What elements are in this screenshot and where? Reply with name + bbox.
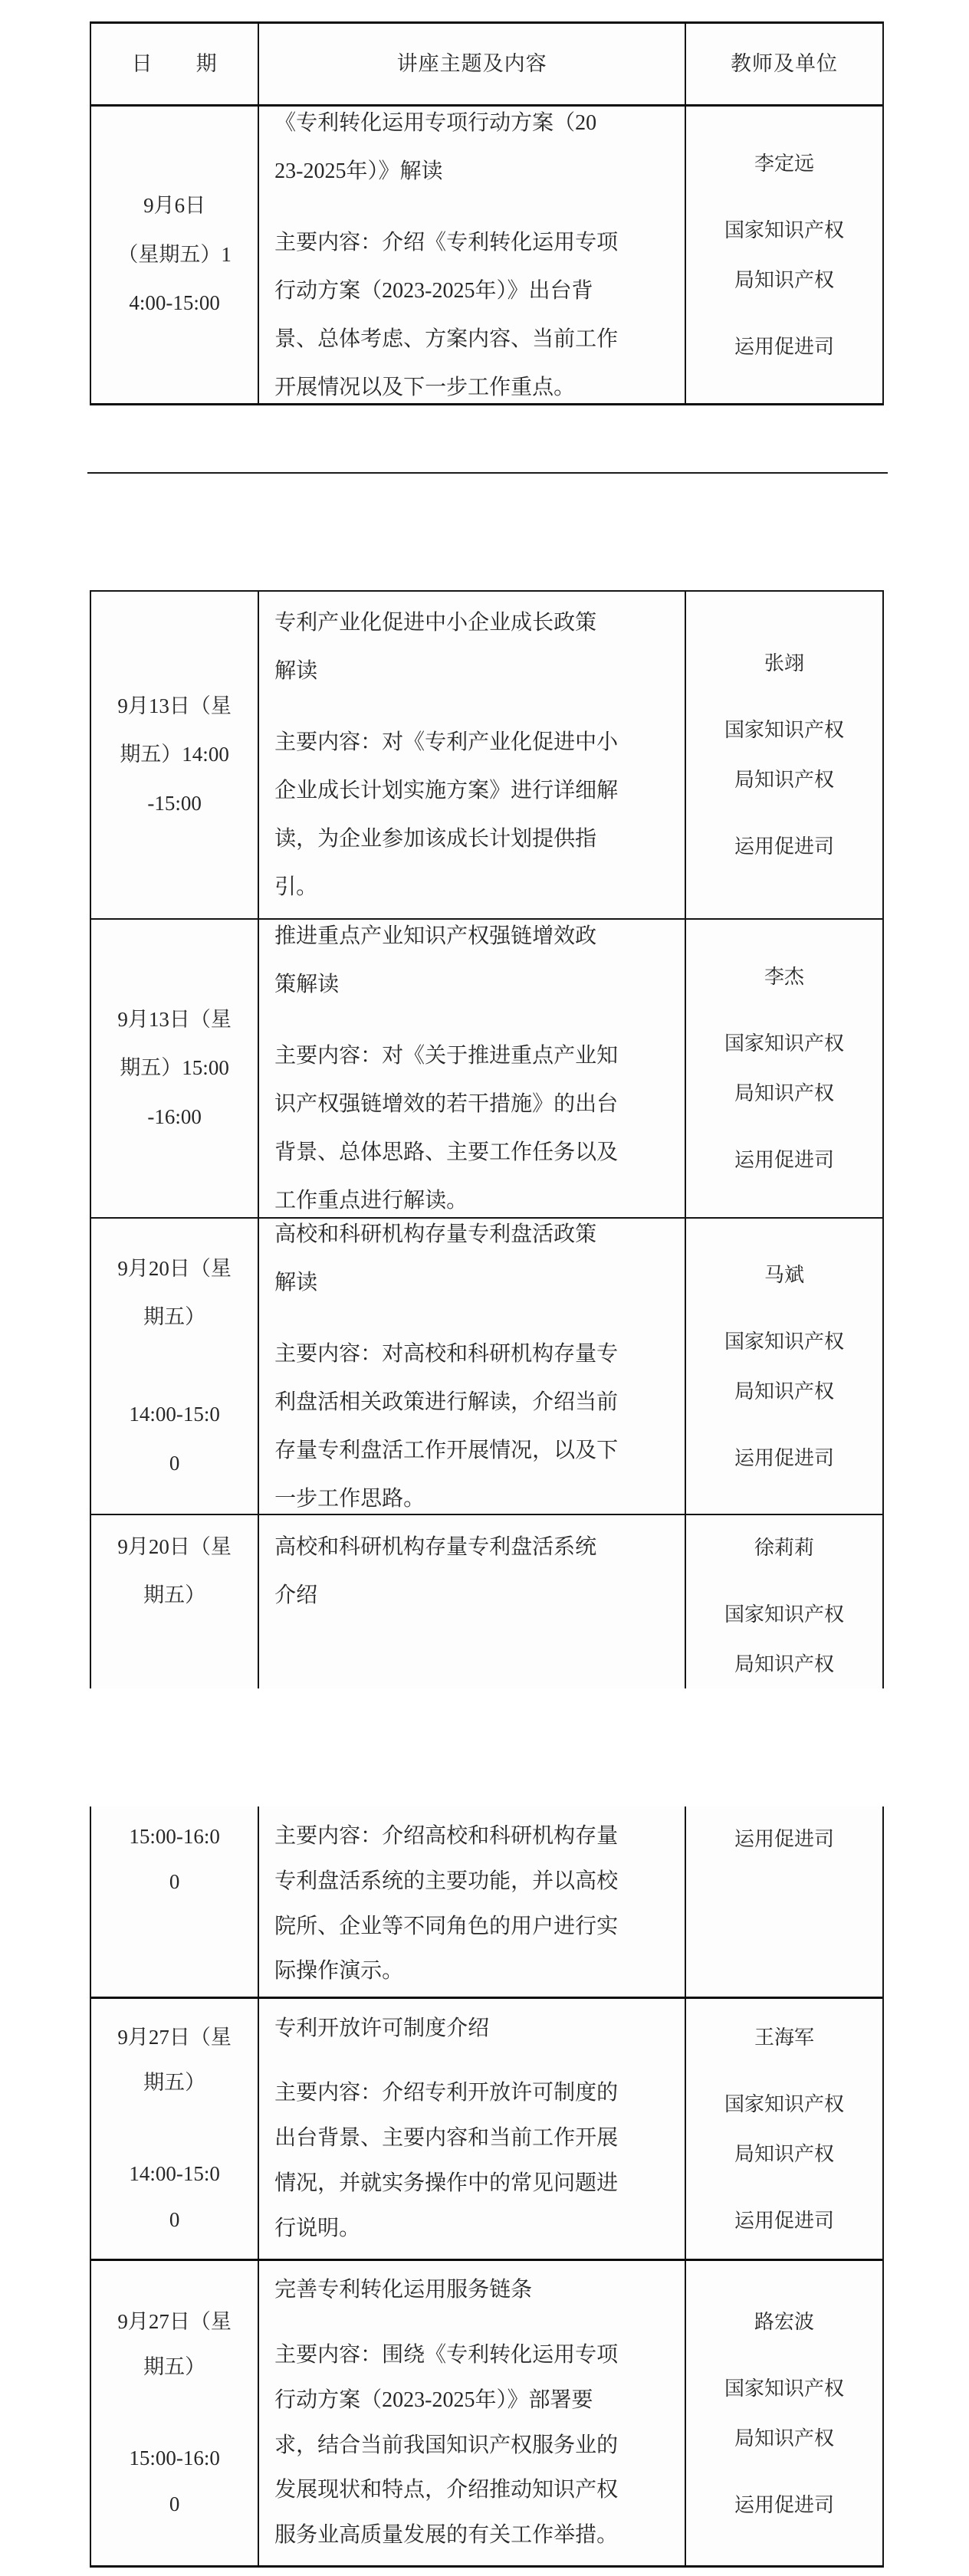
schedule-table-segment-1: 日 期 讲座主题及内容 教师及单位 9月6日 （星期五）1 4:00-15:00… bbox=[90, 21, 884, 405]
teacher-org: 国家知识产权 局知识产权 bbox=[724, 1590, 844, 1688]
topic-cell: 主要内容：介绍高校和科研机构存量 专利盘活系统的主要功能，并以高校 院所、企业等… bbox=[259, 1806, 686, 1997]
lecture-title: 完善专利转化运用服务链条 bbox=[274, 2268, 532, 2313]
document-page: 日 期 讲座主题及内容 教师及单位 9月6日 （星期五）1 4:00-15:00… bbox=[0, 0, 969, 2576]
session-date: 9月6日 （星期五）1 4:00-15:00 bbox=[117, 182, 232, 327]
lecture-summary: 主要内容：对《专利产业化促进中小 企业成长计划实施方案》进行详细解 读，为企业参… bbox=[274, 718, 618, 911]
session-date: 9月20日（星 期五） bbox=[117, 1523, 232, 1620]
topic-cell: 推进重点产业知识产权强链增效政 策解读 主要内容：对《关于推进重点产业知 识产权… bbox=[259, 920, 686, 1217]
date-cell: 9月13日（星 期五）15:00 -16:00 bbox=[91, 920, 259, 1217]
teacher-cell: 李杰 国家知识产权 局知识产权 运用促进司 bbox=[686, 920, 882, 1217]
table-row: 9月6日 （星期五）1 4:00-15:00 《专利转化运用专项行动方案（20 … bbox=[91, 104, 882, 403]
topic-cell: 《专利转化运用专项行动方案（20 23-2025年）》解读 主要内容：介绍《专利… bbox=[259, 107, 686, 403]
teacher-org: 国家知识产权 局知识产权 bbox=[724, 1019, 844, 1118]
date-cell: 9月13日（星 期五）14:00 -15:00 bbox=[91, 592, 259, 918]
teacher-name: 张翊 bbox=[764, 638, 804, 688]
table-row: 9月27日（星 期五） 15:00-16:0 0 完善专利转化运用服务链条 主要… bbox=[91, 2259, 882, 2565]
lecture-summary: 主要内容：介绍高校和科研机构存量 专利盘活系统的主要功能，并以高校 院所、企业等… bbox=[274, 1814, 618, 1994]
topic-cell: 高校和科研机构存量专利盘活政策 解读 主要内容：对高校和科研机构存量专 利盘活相… bbox=[259, 1219, 686, 1514]
topic-cell: 高校和科研机构存量专利盘活系统 介绍 bbox=[259, 1515, 686, 1688]
schedule-table-segment-2: 9月13日（星 期五）14:00 -15:00 专利产业化促进中小企业成长政策 … bbox=[90, 590, 884, 1688]
table-row: 9月13日（星 期五）14:00 -15:00 专利产业化促进中小企业成长政策 … bbox=[91, 592, 882, 918]
teacher-name: 路宏波 bbox=[754, 2297, 814, 2347]
header-cell-date: 日 期 bbox=[91, 24, 259, 104]
teacher-cell: 李定远 国家知识产权 局知识产权 运用促进司 bbox=[686, 107, 882, 403]
teacher-name: 李杰 bbox=[764, 952, 804, 1002]
teacher-dept: 运用促进司 bbox=[734, 2196, 834, 2246]
lecture-title: 高校和科研机构存量专利盘活政策 解读 bbox=[274, 1219, 596, 1307]
date-cell: 9月6日 （星期五）1 4:00-15:00 bbox=[91, 107, 259, 403]
date-cell: 9月20日（星 期五） bbox=[91, 1515, 259, 1688]
session-date: 9月27日（星 期五） 15:00-16:0 0 bbox=[117, 2299, 232, 2527]
teacher-name: 马斌 bbox=[764, 1250, 804, 1300]
page-break-line bbox=[87, 472, 888, 474]
teacher-dept: 运用促进司 bbox=[734, 1433, 834, 1483]
lecture-summary: 主要内容：介绍专利开放许可制度的 出台背景、主要内容和当前工作开展 情况，并就实… bbox=[274, 2071, 618, 2251]
lecture-title: 《专利转化运用专项行动方案（20 23-2025年）》解读 bbox=[274, 107, 596, 195]
table-row: 9月20日（星 期五） 高校和科研机构存量专利盘活系统 介绍 徐莉莉 国家知识产… bbox=[91, 1514, 882, 1688]
session-date: 9月20日（星 期五） 14:00-15:0 0 bbox=[117, 1245, 232, 1488]
lecture-title: 专利开放许可制度介绍 bbox=[274, 2007, 489, 2052]
teacher-name: 徐莉莉 bbox=[754, 1523, 814, 1573]
teacher-cell: 徐莉莉 国家知识产权 局知识产权 bbox=[686, 1515, 882, 1688]
lecture-title: 高校和科研机构存量专利盘活系统 介绍 bbox=[274, 1523, 596, 1619]
session-date: 15:00-16:0 0 bbox=[129, 1814, 220, 1905]
topic-cell: 专利产业化促进中小企业成长政策 解读 主要内容：对《专利产业化促进中小 企业成长… bbox=[259, 592, 686, 918]
table-row: 15:00-16:0 0 主要内容：介绍高校和科研机构存量 专利盘活系统的主要功… bbox=[91, 1806, 882, 1997]
teacher-cell: 王海军 国家知识产权 局知识产权 运用促进司 bbox=[686, 1999, 882, 2259]
teacher-dept: 运用促进司 bbox=[734, 322, 834, 372]
table-header-row: 日 期 讲座主题及内容 教师及单位 bbox=[91, 24, 882, 104]
lecture-summary: 主要内容：介绍《专利转化运用专项 行动方案（2023-2025年）》出台背 景、… bbox=[274, 218, 618, 404]
teacher-dept: 运用促进司 bbox=[734, 1814, 834, 1864]
teacher-org: 国家知识产权 局知识产权 bbox=[724, 205, 844, 305]
topic-cell: 完善专利转化运用服务链条 主要内容：围绕《专利转化运用专项 行动方案（2023-… bbox=[259, 2261, 686, 2565]
teacher-cell: 张翊 国家知识产权 局知识产权 运用促进司 bbox=[686, 592, 882, 918]
lecture-summary: 主要内容：对高校和科研机构存量专 利盘活相关政策进行解读，介绍当前 存量专利盘活… bbox=[274, 1330, 618, 1514]
date-cell: 9月20日（星 期五） 14:00-15:0 0 bbox=[91, 1219, 259, 1514]
session-date: 9月13日（星 期五）14:00 -15:00 bbox=[117, 682, 232, 828]
teacher-dept: 运用促进司 bbox=[734, 2480, 834, 2530]
header-cell-topic: 讲座主题及内容 bbox=[259, 24, 686, 104]
teacher-name: 李定远 bbox=[754, 139, 814, 189]
teacher-dept: 运用促进司 bbox=[734, 822, 834, 871]
table-row: 9月20日（星 期五） 14:00-15:0 0 高校和科研机构存量专利盘活政策… bbox=[91, 1217, 882, 1514]
date-cell: 15:00-16:0 0 bbox=[91, 1806, 259, 1997]
lecture-summary: 主要内容：围绕《专利转化运用专项 行动方案（2023-2025年）》部署要 求，… bbox=[274, 2333, 618, 2558]
table-row: 9月13日（星 期五）15:00 -16:00 推进重点产业知识产权强链增效政 … bbox=[91, 918, 882, 1217]
teacher-cell: 马斌 国家知识产权 局知识产权 运用促进司 bbox=[686, 1219, 882, 1514]
lecture-title: 专利产业化促进中小企业成长政策 解读 bbox=[274, 599, 596, 695]
teacher-name: 王海军 bbox=[754, 2013, 814, 2062]
header-cell-teacher: 教师及单位 bbox=[686, 24, 882, 104]
teacher-org: 国家知识产权 局知识产权 bbox=[724, 2364, 844, 2463]
lecture-summary: 主要内容：对《关于推进重点产业知 识产权强链增效的若干措施》的出台 背景、总体思… bbox=[274, 1032, 618, 1217]
table-row: 9月27日（星 期五） 14:00-15:0 0 专利开放许可制度介绍 主要内容… bbox=[91, 1997, 882, 2259]
schedule-table-segment-3: 15:00-16:0 0 主要内容：介绍高校和科研机构存量 专利盘活系统的主要功… bbox=[90, 1806, 884, 2568]
teacher-org: 国家知识产权 局知识产权 bbox=[724, 2079, 844, 2179]
teacher-org: 国家知识产权 局知识产权 bbox=[724, 705, 844, 805]
teacher-org: 国家知识产权 局知识产权 bbox=[724, 1317, 844, 1416]
teacher-cell: 运用促进司 bbox=[686, 1806, 882, 1997]
teacher-dept: 运用促进司 bbox=[734, 1135, 834, 1185]
date-cell: 9月27日（星 期五） 15:00-16:0 0 bbox=[91, 2261, 259, 2565]
date-cell: 9月27日（星 期五） 14:00-15:0 0 bbox=[91, 1999, 259, 2259]
session-date: 9月27日（星 期五） 14:00-15:0 0 bbox=[117, 2015, 232, 2243]
topic-cell: 专利开放许可制度介绍 主要内容：介绍专利开放许可制度的 出台背景、主要内容和当前… bbox=[259, 1999, 686, 2259]
session-date: 9月13日（星 期五）15:00 -16:00 bbox=[117, 996, 232, 1141]
teacher-cell: 路宏波 国家知识产权 局知识产权 运用促进司 bbox=[686, 2261, 882, 2565]
lecture-title: 推进重点产业知识产权强链增效政 策解读 bbox=[274, 920, 596, 1009]
